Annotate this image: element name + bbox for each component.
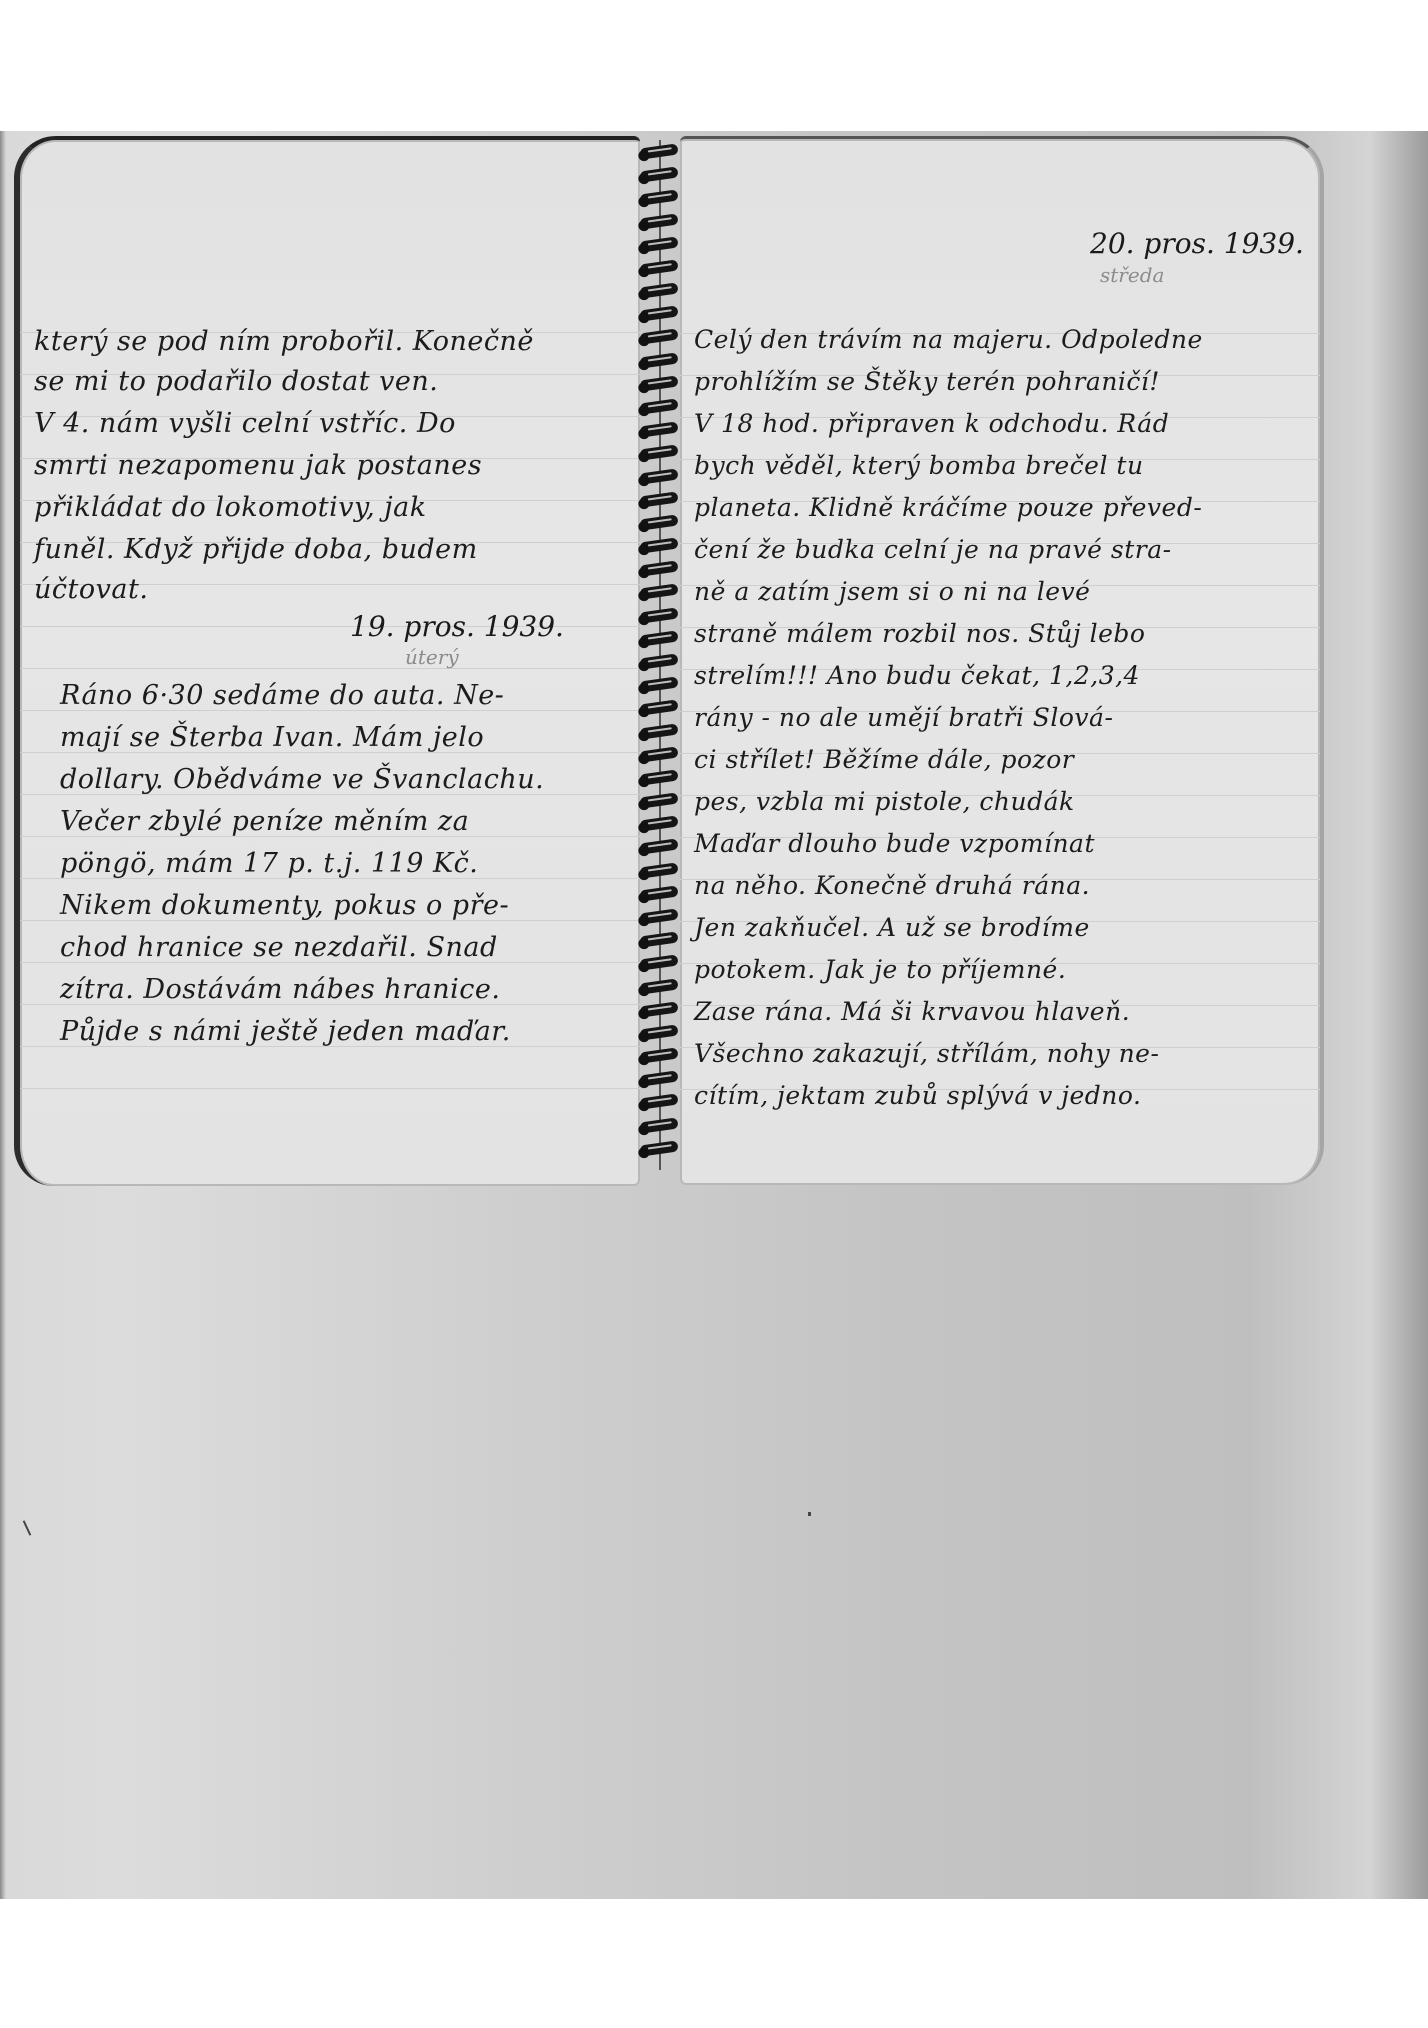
handwritten-line: se mi to podařilo dostat ven. bbox=[34, 366, 438, 397]
scan-mark bbox=[808, 1512, 811, 1516]
handwritten-line: prohlížím se Štěky terén pohraničí! bbox=[694, 367, 1160, 396]
spiral-coil bbox=[639, 1140, 678, 1156]
handwritten-line: Jen zakňučel. A už se brodíme bbox=[694, 913, 1090, 942]
handwritten-line: dollary. Obědváme ve Švanclachu. bbox=[60, 764, 544, 795]
handwritten-line: smrti nezapomenu jak postanes bbox=[34, 450, 482, 481]
handwritten-line: mají se Šterba Ivan. Mám jelo bbox=[60, 722, 484, 753]
handwritten-line: Půjde s námi ještě jeden maďar. bbox=[60, 1016, 511, 1047]
handwritten-line: pes, vzbla mi pistole, chudák bbox=[694, 787, 1075, 816]
handwritten-line: V 18 hod. připraven k odchodu. Rád bbox=[694, 409, 1169, 438]
handwritten-line: bych věděl, který bomba brečel tu bbox=[694, 451, 1144, 480]
spiral-coil bbox=[639, 213, 678, 229]
spiral-coil bbox=[639, 630, 678, 646]
handwritten-line: zítra. Dostávám nábes hranice. bbox=[60, 974, 500, 1005]
spiral-coil bbox=[639, 746, 678, 762]
entry-weekday: úterý bbox=[405, 645, 459, 669]
handwritten-line: strelím!!! Ano budu čekat, 1,2,3,4 bbox=[694, 661, 1140, 690]
handwritten-line: pöngö, mám 17 p. t.j. 119 Kč. bbox=[60, 848, 478, 879]
spiral-coil bbox=[639, 352, 678, 368]
handwritten-line: Všechno zakazují, střílám, nohy ne- bbox=[694, 1039, 1159, 1068]
spiral-coil bbox=[639, 468, 678, 484]
handwritten-line: Maďar dlouho bude vzpomínat bbox=[694, 829, 1095, 858]
spiral-coil bbox=[639, 1117, 678, 1133]
spiral-coil bbox=[639, 1001, 678, 1017]
handwritten-line: na něho. Konečně druhá rána. bbox=[694, 871, 1090, 900]
spiral-coil bbox=[639, 885, 678, 901]
handwritten-line: rány - no ale umějí bratři Slová- bbox=[694, 703, 1113, 732]
handwritten-line: straně málem rozbil nos. Stůj lebo bbox=[694, 619, 1145, 648]
ruled-line bbox=[20, 668, 640, 669]
handwritten-line: Nikem dokumenty, pokus o pře- bbox=[60, 890, 509, 921]
ruled-line bbox=[20, 1088, 640, 1089]
spiral-coil bbox=[639, 491, 678, 507]
spiral-coil bbox=[639, 236, 678, 252]
handwritten-line: funěl. Když přijde doba, budem bbox=[34, 534, 478, 565]
handwritten-line: ně a zatím jsem si o ni na levé bbox=[694, 577, 1090, 606]
handwritten-line: Celý den trávím na majeru. Odpoledne bbox=[694, 325, 1203, 354]
spiral-coil bbox=[639, 978, 678, 994]
right-notebook-page: 20. pros. 1939. středa Celý den trávím n… bbox=[680, 136, 1324, 1185]
entry-date: 20. pros. 1939. bbox=[1090, 227, 1304, 260]
handwritten-line: účtovat. bbox=[34, 574, 148, 605]
handwritten-line: Zase rána. Má ši krvavou hlaveň. bbox=[694, 997, 1130, 1026]
handwritten-line: cítím, jektam zubů splývá v jedno. bbox=[694, 1081, 1141, 1110]
spiral-coil bbox=[639, 375, 678, 391]
spiral-binding bbox=[636, 140, 682, 1170]
spiral-coil bbox=[639, 607, 678, 623]
left-notebook-page: který se pod ním probořil. Konečně se mi… bbox=[14, 136, 640, 1186]
handwritten-line: Ráno 6·30 sedáme do auta. Ne- bbox=[60, 680, 504, 711]
spiral-coil bbox=[639, 862, 678, 878]
entry-weekday: středa bbox=[1100, 263, 1164, 287]
handwritten-line: který se pod ním probořil. Konečně bbox=[34, 326, 534, 357]
handwritten-line: chod hranice se nezdařil. Snad bbox=[60, 932, 498, 963]
handwritten-line: přikládat do lokomotivy, jak bbox=[34, 492, 427, 523]
handwritten-line: potokem. Jak je to příjemné. bbox=[694, 955, 1066, 984]
handwritten-line: Večer zbylé peníze měním za bbox=[60, 806, 469, 837]
handwritten-line: V 4. nám vyšli celní vstříc. Do bbox=[34, 408, 456, 439]
entry-date: 19. pros. 1939. bbox=[350, 610, 564, 643]
spiral-coil bbox=[639, 723, 678, 739]
handwritten-line: planeta. Klidně kráčíme pouze převed- bbox=[694, 493, 1202, 522]
handwritten-line: ci střílet! Běžíme dále, pozor bbox=[694, 745, 1074, 774]
handwritten-line: čení že budka celní je na pravé stra- bbox=[694, 535, 1172, 564]
